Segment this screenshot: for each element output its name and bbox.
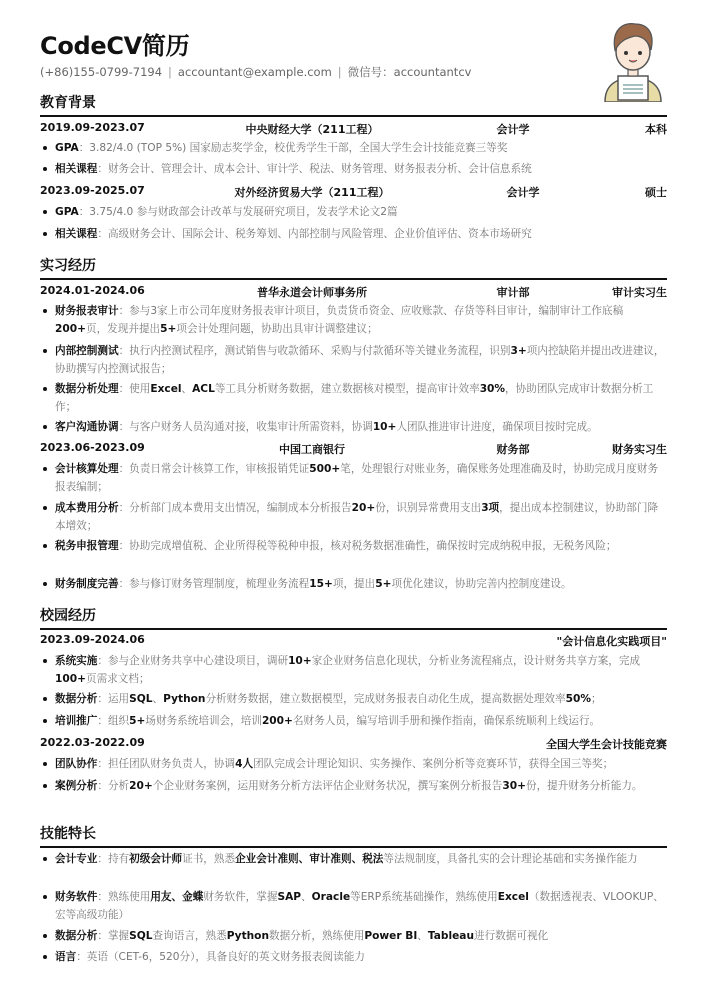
project-name: "会计信息化实践项目" [557,633,667,649]
bullet-label: 系统实施 [55,655,97,667]
list-item: GPA：3.75/4.0 参与财政部会计改革与发展研究项目，发表学术论文2篇 [40,203,667,221]
bullet-label: 成本费用分析 [55,502,119,514]
bullet-label: 财务制度完善 [55,578,119,590]
list-item: 数据分析：运用SQL、Python分析财务数据，建立数据模型，完成财务报表自动化… [40,690,667,708]
separator: | [168,65,172,79]
date: 2022.03-2022.09 [40,736,145,749]
bullet-label: 财务软件 [55,891,97,903]
bullet-label: 会计核算处理 [55,463,119,475]
date: 2019.09-2023.07 [40,121,145,134]
bullet-label: 数据分析 [55,693,97,705]
role: 审计实习生 [612,284,667,300]
major: 会计学 [507,184,540,200]
bullet-label: 会计专业 [55,853,97,865]
school: 对外经济贸易大学（211工程） [235,184,390,200]
campus-entry-header: 2022.03-2022.09 全国大学生会计技能竞赛 [40,736,667,752]
email: accountant@example.com [178,65,332,79]
list-item: 财务软件：熟练使用用友、金蝶财务软件，掌握SAP、Oracle等ERP系统基础操… [40,888,667,924]
internship-entry-header: 2023.06-2023.09 中国工商银行 财务部 财务实习生 [40,441,667,457]
list-item: GPA：3.82/4.0 (TOP 5%) 国家励志奖学金，校优秀学生干部，全国… [40,139,667,157]
department: 审计部 [497,284,530,300]
bullet-label: 案例分析 [55,780,97,792]
list-item: 财务报表审计：参与3家上市公司年度财务报表审计项目，负责货币资金、应收账款、存货… [40,302,667,338]
list-item: 团队协作：担任团队财务负责人，协调4人团队完成会计理论知识、实务操作、案例分析等… [40,755,667,773]
list-item: 培训推广：组织5+场财务系统培训会，培训200+名财务人员，编写培训手册和操作指… [40,712,667,730]
bullet-label: 数据分析处理 [55,383,119,395]
list-item: 会计专业：持有初级会计师证书，熟悉企业会计准则、审计准则、税法等法规制度，具备扎… [40,850,667,868]
date: 2023.09-2024.06 [40,633,145,646]
bullet-label: 数据分析 [55,930,97,942]
school: 中央财经大学（211工程） [246,121,379,137]
major: 会计学 [497,121,530,137]
phone: (+86)155-0799-7194 [40,65,162,79]
degree: 本科 [645,121,667,137]
list-item: 数据分析处理：使用Excel、ACL等工具分析财务数据，建立数据核对模型，提高审… [40,380,667,416]
date: 2023.09-2025.07 [40,184,145,197]
contact-line: (+86)155-0799-7194|accountant@example.co… [40,64,471,80]
wechat: 微信号：accountantcv [348,65,472,79]
campus-entry-header: 2023.09-2024.06 "会计信息化实践项目" [40,633,667,649]
cartoon-avatar-icon [597,14,669,102]
list-item: 内部控制测试：执行内控测试程序，测试销售与收款循环、采购与付款循环等关键业务流程… [40,342,667,378]
list-item: 财务制度完善：参与修订财务管理制度，梳理业务流程15+项，提出5+项优化建议，协… [40,575,667,593]
bullet-label: 财务报表审计 [55,305,119,317]
list-item: 系统实施：参与企业财务共享中心建设项目，调研10+家企业财务信息化现状，分析业务… [40,652,667,688]
company: 中国工商银行 [279,441,345,457]
bullet-label: 内部控制测试 [55,345,119,357]
list-item: 客户沟通协调：与客户财务人员沟通对接，收集审计所需资料，协调10+人团队推进审计… [40,418,667,436]
list-item: 会计核算处理：负责日常会计核算工作，审核报销凭证500+笔，处理银行对账业务，确… [40,460,667,496]
separator: | [338,65,342,79]
education-entry-header: 2019.09-2023.07 中央财经大学（211工程） 会计学 本科 [40,121,667,137]
degree: 硕士 [645,184,667,200]
internship-entry-header: 2024.01-2024.06 普华永道会计师事务所 审计部 审计实习生 [40,284,667,300]
date: 2023.06-2023.09 [40,441,145,454]
department: 财务部 [497,441,530,457]
resume-name: CodeCV简历 [40,26,189,61]
company: 普华永道会计师事务所 [257,284,367,300]
bullet-label: 培训推广 [55,715,97,727]
list-item: 案例分析：分析20+个企业财务案例，运用财务分析方法评估企业财务状况，撰写案例分… [40,777,667,795]
list-item: 税务申报管理：协助完成增值税、企业所得税等税种申报，核对税务数据准确性，确保按时… [40,537,667,555]
list-item: 数据分析：掌握SQL查询语言，熟悉Python数据分析，熟练使用Power BI… [40,927,667,945]
bullet-label: 语言 [55,951,76,963]
education-entry-header: 2023.09-2025.07 对外经济贸易大学（211工程） 会计学 硕士 [40,184,667,200]
role: 财务实习生 [612,441,667,457]
list-item: 成本费用分析：分析部门成本费用支出情况，编制成本分析报告20+份，识别异常费用支… [40,499,667,535]
bullet-label: 税务申报管理 [55,540,119,552]
competition-name: 全国大学生会计技能竞赛 [546,736,667,752]
bullet-label: 团队协作 [55,758,97,770]
section-title-campus: 校园经历 [40,605,667,630]
section-title-skills: 技能特长 [40,823,667,848]
bullet-label: 客户沟通协调 [55,421,119,433]
list-item: 相关课程：财务会计、管理会计、成本会计、审计学、税法、财务管理、财务报表分析、会… [40,160,667,178]
date: 2024.01-2024.06 [40,284,145,297]
list-item: 相关课程：高级财务会计、国际会计、税务筹划、内部控制与风险管理、企业价值评估、资… [40,225,667,243]
list-item: 语言：英语（CET-6，520分），具备良好的英文财务报表阅读能力 [40,948,667,966]
section-title-internship: 实习经历 [40,255,667,280]
section-title-education: 教育背景 [40,92,667,117]
